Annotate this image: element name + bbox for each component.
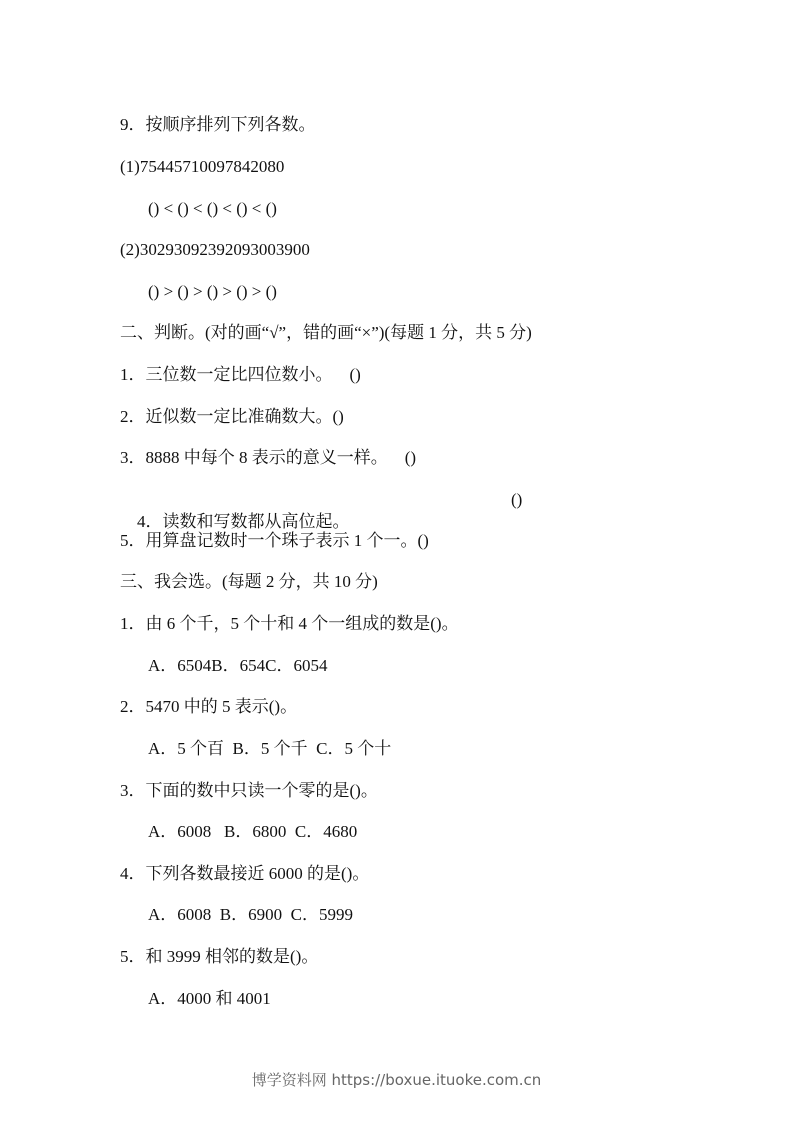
question-9-part2-blanks: () > () > () > () > (): [148, 281, 277, 303]
choice-options-4: A．6008 B．6900 C．5999: [148, 904, 353, 926]
choice-question-2: 2．5470 中的 5 表示()。: [120, 696, 297, 718]
choice-options-1: A．6504B．654C．6054: [148, 655, 327, 677]
judge-item-5: 5．用算盘记数时一个珠子表示 1 个一。(): [120, 530, 429, 552]
question-9-part1: (1)75445710097842080: [120, 156, 284, 178]
judge-item-4-text: 4．读数和写数都从高位起。: [137, 512, 350, 531]
choice-question-5: 5．和 3999 相邻的数是()。: [120, 946, 318, 968]
judge-item-3: 3．8888 中每个 8 表示的意义一样。 (): [120, 447, 416, 469]
choice-options-3: A．6008 B．6800 C．4680: [148, 821, 357, 843]
footer-watermark: 博学资料网 https://boxue.ituoke.com.cn: [0, 1069, 793, 1090]
choice-question-4: 4．下列各数最接近 6000 的是()。: [120, 863, 369, 885]
section-2-heading: 二、判断。(对的画“√”，错的画“×”)(每题 1 分，共 5 分): [120, 322, 532, 344]
question-9-part2: (2)30293092392093003900: [120, 239, 310, 261]
judge-item-4-answer-blank: (): [511, 489, 522, 511]
section-3-heading: 三、我会选。(每题 2 分，共 10 分): [120, 571, 378, 593]
choice-options-2: A．5 个百 B．5 个千 C．5 个十: [148, 738, 391, 760]
judge-item-1: 1．三位数一定比四位数小。 (): [120, 364, 361, 386]
question-9-part1-blanks: () < () < () < () < (): [148, 198, 277, 220]
choice-options-5: A．4000 和 4001: [148, 988, 271, 1010]
question-9-title: 9．按顺序排列下列各数。: [120, 114, 316, 136]
choice-question-1: 1．由 6 个千，5 个十和 4 个一组成的数是()。: [120, 613, 459, 635]
choice-question-3: 3．下面的数中只读一个零的是()。: [120, 780, 378, 802]
judge-item-2: 2．近似数一定比准确数大。(): [120, 406, 344, 428]
